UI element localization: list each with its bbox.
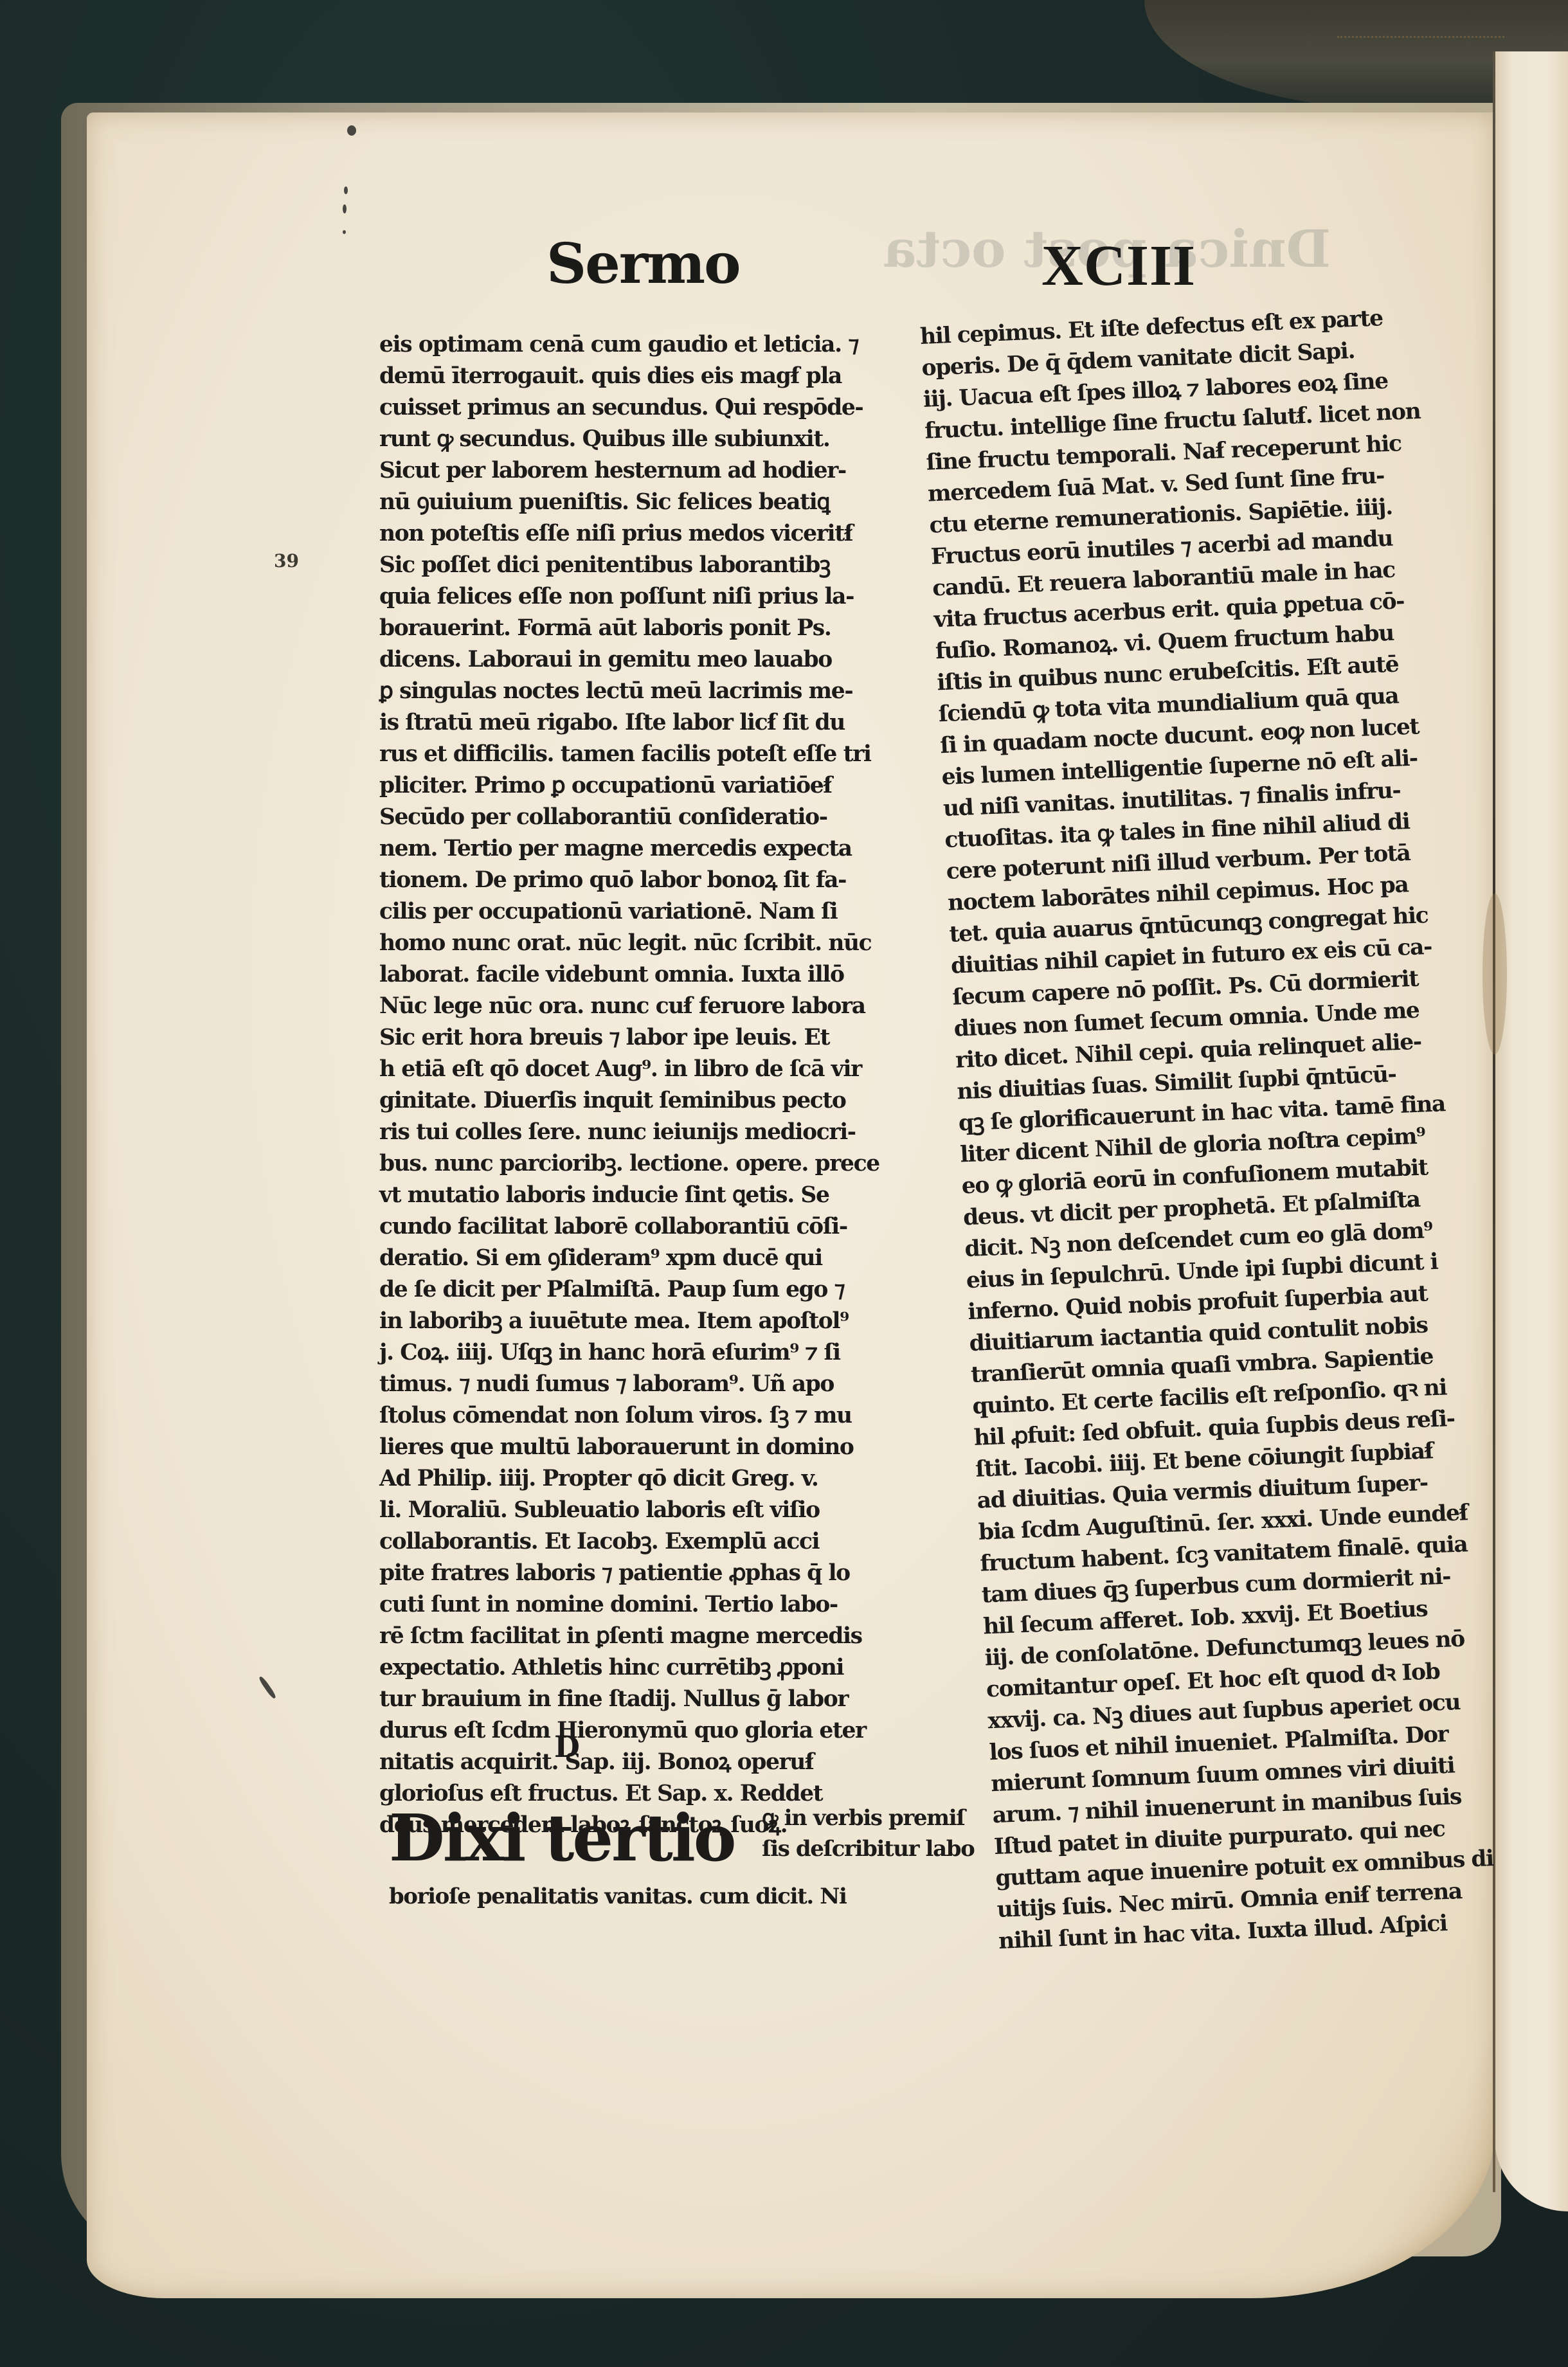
incipit-line: ꝙ in verbis premiſ: [762, 1803, 974, 1833]
ink-speck: [347, 125, 356, 136]
text-line: vt mutatio laboris inducie ſint ꝗetis. S…: [379, 1180, 894, 1211]
text-line: pliciter. Primo ꝑ occupationū variatiōeẜ: [379, 770, 894, 802]
text-line: borauerint. Formā aūt laboris ponit Ps.: [379, 613, 894, 644]
text-line: dicens. Laboraui in gemitu meo lauabo: [379, 644, 894, 676]
text-line: pite fratres laboris ⁊ patientie ꝓphas q…: [379, 1558, 894, 1589]
text-line: tur brauium in fine ſtadij. Nullus ḡ lab…: [379, 1684, 894, 1715]
text-line: Sicut per laborem hesternum ad hodier-: [379, 455, 894, 487]
text-line: non poteſtis eſſe niſi prius medos vicer…: [379, 518, 894, 550]
incipit-line: ſis deſcribitur labo: [762, 1833, 974, 1864]
text-line: Sic erit hora breuis ⁊ labor ipe leuis. …: [379, 1022, 894, 1054]
text-line: timus. ⁊ nudi ſumus ⁊ laboram⁹. Uñ apo: [379, 1369, 894, 1400]
section-heading: D Dixi tertio ꝙ in verbis premiſ ſis deſ…: [389, 1774, 903, 1903]
text-line: cilis per occupationū variationē. Nam ſi: [379, 896, 894, 928]
text-line: homo nunc orat. nūc legit. nūc ſcribit. …: [379, 928, 894, 959]
text-line: Sic poſſet dici penitentibus laborantibꝫ: [379, 550, 894, 581]
text-line: in laboribꝫ a iuuētute mea. Item apoſtol…: [379, 1306, 894, 1337]
text-column-left: eis optimam cenā cum gaudio et leticia. …: [379, 329, 894, 1841]
text-line: rē ſctm facilitat in ꝑſenti magne merced…: [379, 1621, 894, 1652]
section-incipit-continuation: ꝙ in verbis premiſ ſis deſcribitur labo: [762, 1803, 974, 1864]
binding-gilt-tooling: [1337, 4, 1504, 38]
ink-speck: [344, 186, 348, 194]
text-line: bus. nunc parcioribꝫ. lectione. opere. p…: [379, 1148, 894, 1180]
text-line: cundo facilitat laborē collaborantiū cōſ…: [379, 1211, 894, 1243]
text-line: durus eſt ſcdm Hieronymū quo gloria eter: [379, 1715, 894, 1747]
text-column-right: hil cepimus. Et iſte defectus eſt ex par…: [919, 300, 1526, 1958]
text-line: j. Coꝝ. iiij. Uſqꝫ in hanc horā eſurim⁹ …: [379, 1337, 894, 1369]
text-line: runt ꝙ secundus. Quibus ille subiunxit.: [379, 424, 894, 455]
folio-number: XCIII: [1041, 233, 1196, 299]
text-line: rus et difficilis. tamen facilis poteſt …: [379, 739, 894, 770]
text-line: tionem. De primo quō labor bonoꝝ ſit fa-: [379, 865, 894, 896]
text-line: Ad Philip. iiij. Propter qō dicit Greg. …: [379, 1463, 894, 1495]
ink-speck: [343, 204, 347, 213]
text-line: demū īterrogauit. quis dies eis magẜ pla: [379, 361, 894, 392]
text-line: ginitate. Diuerſis inquit ſeminibus pect…: [379, 1085, 894, 1117]
text-line: is ſtratū meū rigabo. Iſte labor licẜ ſi…: [379, 707, 894, 739]
ink-speck: [343, 230, 346, 234]
section-incipit: Dixi tertio: [389, 1800, 735, 1876]
text-line: quia felices eſſe non poſſunt niſi prius…: [379, 581, 894, 613]
text-line: lieres que multū laborauerunt in domino: [379, 1432, 894, 1463]
text-line: cuisset primus an secundus. Qui respōde-: [379, 392, 894, 424]
running-head: Sermo XCIII: [0, 231, 1568, 302]
text-line: h etiā eſt qō docet Aug⁹. in libro de ſc…: [379, 1054, 894, 1085]
text-line: nem. Tertio per magne mercedis expecta: [379, 833, 894, 865]
text-line: ꝑ singulas noctes lectū meū lacrimis me-: [379, 676, 894, 707]
text-line: nitatis acquirit. Sap. iij. Bonoꝝ operuẜ: [379, 1747, 894, 1778]
text-line: deratio. Si em ꝯſideram⁹ xpm ducē qui: [379, 1243, 894, 1274]
text-line: cuti ſunt in nomine domini. Tertio labo-: [379, 1589, 894, 1621]
text-line: de ſe dicit per Pſalmiſtā. Paup ſum ego …: [379, 1274, 894, 1306]
incipit-last-line: borioſe penalitatis vanitas. cum dicit. …: [389, 1884, 846, 1909]
text-line: ris tui colles ſere. nunc ieiunijs medio…: [379, 1117, 894, 1148]
text-line: li. Moraliū. Subleuatio laboris eſt viſi…: [379, 1495, 894, 1526]
text-line: Nūc lege nūc ora. nunc cuẜ feruore labor…: [379, 991, 894, 1022]
running-head-title: Sermo: [546, 231, 740, 296]
gutter-stain: [1482, 894, 1507, 1054]
marginal-numeral: 39: [274, 550, 299, 571]
text-line: collaborantis. Et Iacobꝫ. Exemplū acci: [379, 1526, 894, 1558]
guide-letter: D: [554, 1729, 580, 1764]
text-line: ſtolus cōmendat non ſolum viros. ſꝫ ⁊ mu: [379, 1400, 894, 1432]
text-line: eis optimam cenā cum gaudio et leticia. …: [379, 329, 894, 361]
text-line: expectatio. Athletis hinc currētibꝫ ꝓpon…: [379, 1652, 894, 1684]
text-line: nū ꝯuiuium pueniſtis. Sic felices beatiꝗ: [379, 487, 894, 518]
text-line: Secūdo per collaborantiū conſideratio-: [379, 802, 894, 833]
text-line: laborat. facile videbunt omnia. Iuxta il…: [379, 959, 894, 991]
